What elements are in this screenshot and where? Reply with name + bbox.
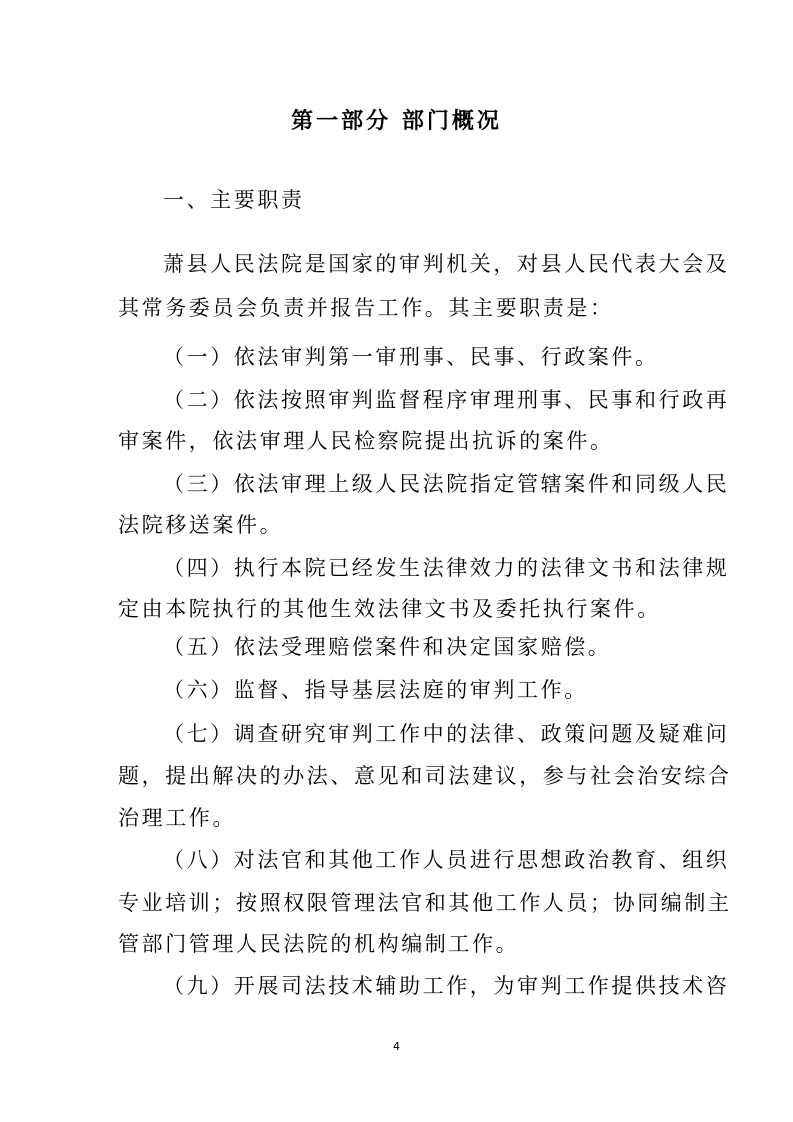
paragraph-line: 其常务委员会负责并报告工作。其主要职责是： bbox=[118, 293, 678, 323]
document-page: 第一部分 部门概况 一、主要职责 萧县人民法院是国家的审判机关，对县人民代表大会… bbox=[0, 0, 793, 1122]
page-number: 4 bbox=[0, 1040, 793, 1054]
duty-item-5: （五）依法受理赔偿案件和决定国家赔偿。 bbox=[163, 632, 723, 662]
duty-item-1: （一）依法审判第一审刑事、民事、行政案件。 bbox=[163, 342, 723, 372]
duty-item-2-cont: 审案件，依法审理人民检察院提出抗诉的案件。 bbox=[118, 426, 678, 456]
duty-item-8: （八）对法官和其他工作人员进行思想政治教育、组织 bbox=[163, 845, 723, 875]
duty-item-3: （三）依法审理上级人民法院指定管辖案件和同级人民 bbox=[163, 469, 723, 499]
duty-item-8-cont: 专业培训；按照权限管理法官和其他工作人员；协同编制主 bbox=[118, 888, 678, 918]
duty-item-9: （九）开展司法技术辅助工作，为审判工作提供技术咨 bbox=[163, 971, 723, 1001]
duty-item-7-cont: 治理工作。 bbox=[118, 803, 678, 833]
duty-item-4: （四）执行本院已经发生法律效力的法律文书和法律规 bbox=[163, 553, 723, 583]
paragraph-line: 萧县人民法院是国家的审判机关，对县人民代表大会及 bbox=[163, 249, 723, 279]
section-heading: 一、主要职责 bbox=[163, 185, 723, 215]
duty-item-8-cont: 管部门管理人民法院的机构编制工作。 bbox=[118, 929, 678, 959]
duty-item-7: （七）调查研究审判工作中的法律、政策问题及疑难问 bbox=[163, 719, 723, 749]
duty-item-4-cont: 定由本院执行的其他生效法律文书及委托执行案件。 bbox=[118, 594, 678, 624]
duty-item-7-cont: 题，提出解决的办法、意见和司法建议，参与社会治安综合 bbox=[118, 761, 678, 791]
duty-item-6: （六）监督、指导基层法庭的审判工作。 bbox=[163, 675, 723, 705]
page-title: 第一部分 部门概况 bbox=[0, 106, 793, 138]
duty-item-3-cont: 法院移送案件。 bbox=[118, 510, 678, 540]
duty-item-2: （二）依法按照审判监督程序审理刑事、民事和行政再 bbox=[163, 385, 723, 415]
